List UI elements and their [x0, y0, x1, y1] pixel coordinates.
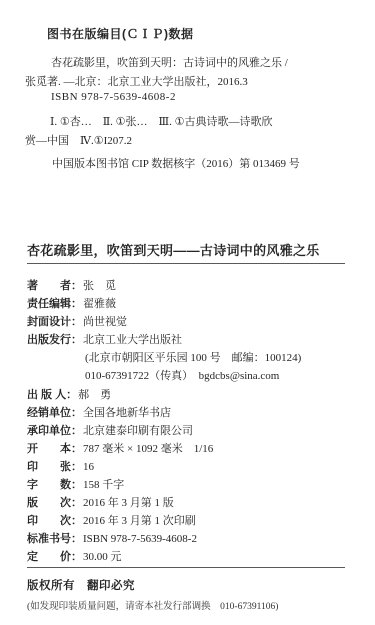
- field-label: 封面设计：: [27, 313, 82, 331]
- field-value: 30.00 元: [83, 548, 122, 566]
- cip-entry-line: 张觅著. —北京：北京工业大学出版社，2016.3: [25, 73, 248, 89]
- field-value: 2016 年 3 月第 1 版: [83, 494, 174, 512]
- field-value: 787 毫米 × 1092 毫米 1/16: [83, 440, 213, 458]
- field-label: 著 者：: [27, 277, 82, 295]
- title-divider: [27, 263, 345, 264]
- field-label: 字 数：: [27, 476, 82, 494]
- quality-exchange-notice: (如发现印装质量问题，请寄本社发行部调换 010-67391106): [27, 598, 278, 612]
- field-row-edition: 版 次：2016 年 3 月第 1 版: [27, 494, 357, 512]
- field-row-publisher: 出版发行：北京工业大学出版社: [27, 331, 357, 349]
- field-value: 郝 勇: [78, 386, 111, 404]
- field-value: 16: [83, 458, 94, 476]
- cip-record-number: 中国版本图书馆 CIP 数据核字（2016）第 013469 号: [52, 155, 300, 171]
- book-title: 杏花疏影里，吹笛到天明——古诗词中的风雅之乐: [27, 240, 320, 259]
- field-value: 张 觅: [83, 277, 116, 295]
- field-row-publisher-person: 出 版 人：郝 勇: [27, 386, 357, 404]
- field-row-sheets: 印 张：16: [27, 458, 357, 476]
- field-row-printer: 承印单位：北京建泰印刷有限公司: [27, 422, 357, 440]
- field-value: 2016 年 3 月第 1 次印刷: [83, 512, 196, 530]
- field-label: 版 次：: [27, 494, 82, 512]
- footer-divider: [27, 567, 345, 568]
- field-value: 158 千字: [83, 476, 124, 494]
- field-value: 全国各地新华书店: [83, 404, 171, 422]
- field-value: 尚世视觉: [83, 313, 127, 331]
- field-label: 责任编辑：: [27, 295, 82, 313]
- field-row-isbn: 标准书号：ISBN 978-7-5639-4608-2: [27, 530, 357, 548]
- publication-fields: 著 者：张 觅 责任编辑：翟雅薇 封面设计：尚世视觉 出版发行：北京工业大学出版…: [27, 277, 357, 567]
- field-value: ISBN 978-7-5639-4608-2: [83, 530, 197, 548]
- field-label: 开 本：: [27, 440, 82, 458]
- field-label: 经销单位：: [27, 404, 82, 422]
- cip-entry-line-isbn: ISBN 978-7-5639-4608-2: [51, 91, 176, 103]
- field-value: 北京建泰印刷有限公司: [83, 422, 193, 440]
- cip-entry-line: 杏花疏影里，吹笛到天明：古诗词中的风雅之乐 /: [51, 54, 288, 70]
- cip-classification-line: Ⅰ. ①杏… Ⅱ. ①张… Ⅲ. ①古典诗歌—诗歌欣: [50, 113, 273, 129]
- field-value: 010-67391722（传真） bgdcbs@sina.com: [85, 367, 279, 385]
- field-label: 印 次：: [27, 512, 82, 530]
- field-value: 北京工业大学出版社: [83, 331, 182, 349]
- field-label: 出版发行：: [27, 331, 82, 349]
- book-copyright-page: { "cip": { "heading": "图书在版编目(ＣＩＰ)数据", "…: [0, 0, 375, 625]
- field-label: 承印单位：: [27, 422, 82, 440]
- field-row-format: 开 本：787 毫米 × 1092 毫米 1/16: [27, 440, 357, 458]
- field-value: 翟雅薇: [83, 295, 116, 313]
- field-row-price: 定 价：30.00 元: [27, 548, 357, 566]
- field-label: 定 价：: [27, 548, 82, 566]
- field-label: 印 张：: [27, 458, 82, 476]
- field-row-publisher-address: (北京市朝阳区平乐园 100 号 邮编：100124): [27, 349, 357, 367]
- field-row-word-count: 字 数：158 千字: [27, 476, 357, 494]
- field-value: (北京市朝阳区平乐园 100 号 邮编：100124): [85, 349, 301, 367]
- copyright-notice: 版权所有 翻印必究: [27, 577, 135, 593]
- field-row-impression: 印 次：2016 年 3 月第 1 次印刷: [27, 512, 357, 530]
- field-row-publisher-contact: 010-67391722（传真） bgdcbs@sina.com: [27, 367, 357, 385]
- field-label: 标准书号：: [27, 530, 82, 548]
- field-label: 出 版 人：: [27, 386, 77, 404]
- cip-heading: 图书在版编目(ＣＩＰ)数据: [47, 25, 194, 42]
- field-row-author: 著 者：张 觅: [27, 277, 357, 295]
- field-row-cover-design: 封面设计：尚世视觉: [27, 313, 357, 331]
- cip-classification-line: 赏—中国 Ⅳ.①I207.2: [25, 132, 132, 148]
- field-row-editor: 责任编辑：翟雅薇: [27, 295, 357, 313]
- field-row-distributor: 经销单位：全国各地新华书店: [27, 404, 357, 422]
